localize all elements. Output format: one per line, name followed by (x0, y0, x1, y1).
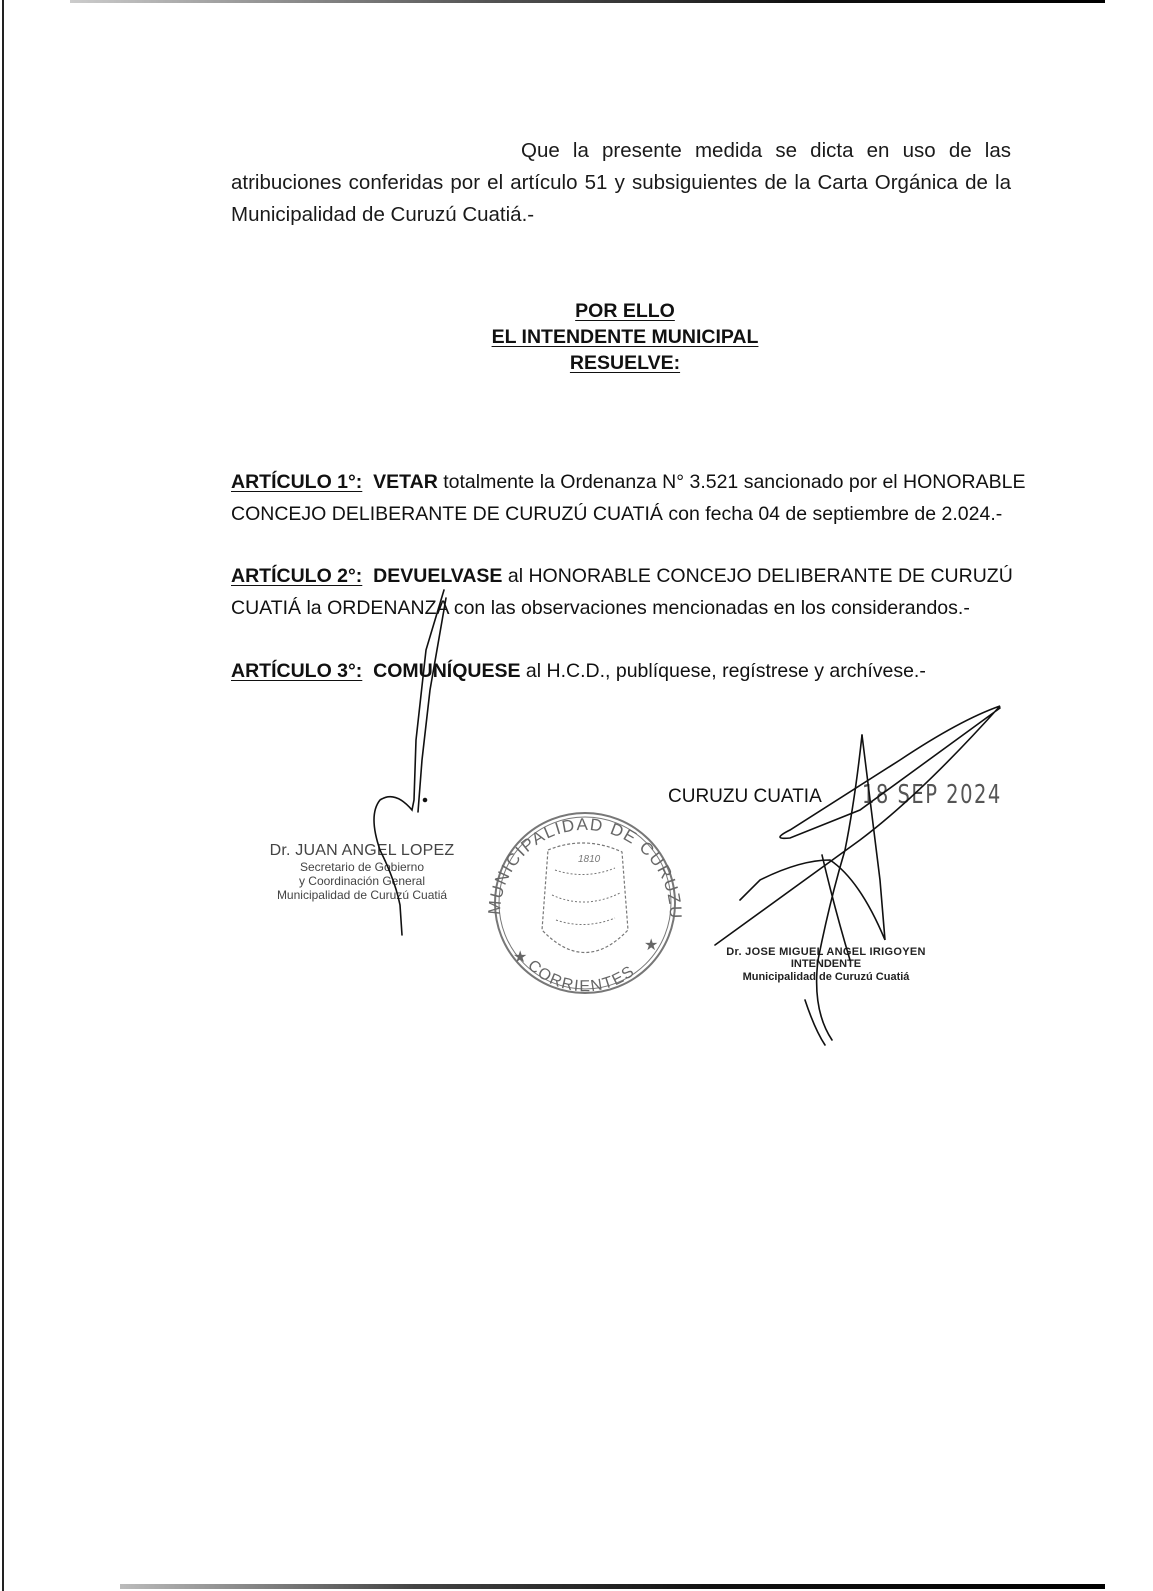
article-label: ARTÍCULO 1°: (231, 471, 362, 493)
signatory-right-name: Dr. JOSE MIGUEL ANGEL IRIGOYEN (716, 946, 936, 958)
date-stamp: 18 SEP 2024 (862, 780, 1002, 810)
intro-line1: Que la presente medida se dicta en uso d… (521, 139, 1011, 162)
signatory-left-title1: Secretario de Gobierno (252, 860, 472, 874)
intro-rest: atribuciones conferidas por el artículo … (231, 171, 1011, 226)
article-verb: DEVUELVASE (373, 565, 502, 587)
article-label: ARTÍCULO 2°: (231, 565, 362, 587)
scan-edge-left (2, 0, 4, 1591)
article-text: al H.C.D., publíquese, regístrese y arch… (526, 660, 926, 682)
intro-paragraph: Que la presente medida se dicta en uso d… (231, 135, 1011, 231)
signatory-right-title2: Municipalidad de Curuzú Cuatiá (716, 971, 936, 984)
signatory-left: Dr. JUAN ANGEL LOPEZ Secretario de Gobie… (252, 842, 472, 902)
article-verb: VETAR (373, 471, 438, 493)
signatory-right-title1: INTENDENTE (716, 958, 936, 971)
resolution-heading: POR ELLO EL INTENDENTE MUNICIPAL RESUELV… (400, 298, 850, 376)
seal-bottom-text: CORRIENTES (524, 957, 638, 995)
article-2: ARTÍCULO 2°: DEVUELVASE al HONORABLE CON… (231, 560, 1031, 624)
signatory-left-title2: y Coordinación General (252, 874, 472, 888)
seal-year: 1810 (578, 854, 601, 865)
star-icon: ★ (644, 937, 658, 954)
star-icon: ★ (513, 949, 527, 966)
signatory-right: Dr. JOSE MIGUEL ANGEL IRIGOYEN INTENDENT… (716, 946, 936, 984)
article-label: ARTÍCULO 3°: (231, 660, 362, 682)
heading-intendente: EL INTENDENTE MUNICIPAL (400, 324, 850, 350)
article-verb: COMUNÍQUESE (373, 660, 520, 682)
article-3: ARTÍCULO 3°: COMUNÍQUESE al H.C.D., publ… (231, 655, 1031, 687)
svg-text:CORRIENTES: CORRIENTES (524, 957, 638, 995)
scan-edge-top (70, 0, 1105, 3)
signatory-left-name: Dr. JUAN ANGEL LOPEZ (252, 842, 472, 860)
signature-right-icon (715, 706, 1000, 945)
signatory-left-title3: Municipalidad de Curuzú Cuatiá (252, 888, 472, 902)
article-1: ARTÍCULO 1°: VETAR totalmente la Ordenan… (231, 466, 1031, 530)
heading-resuelve: RESUELVE: (400, 350, 850, 376)
place-name: CURUZU CUATIA (668, 786, 822, 808)
scan-edge-bottom (120, 1584, 1105, 1589)
heading-por-ello: POR ELLO (400, 298, 850, 324)
